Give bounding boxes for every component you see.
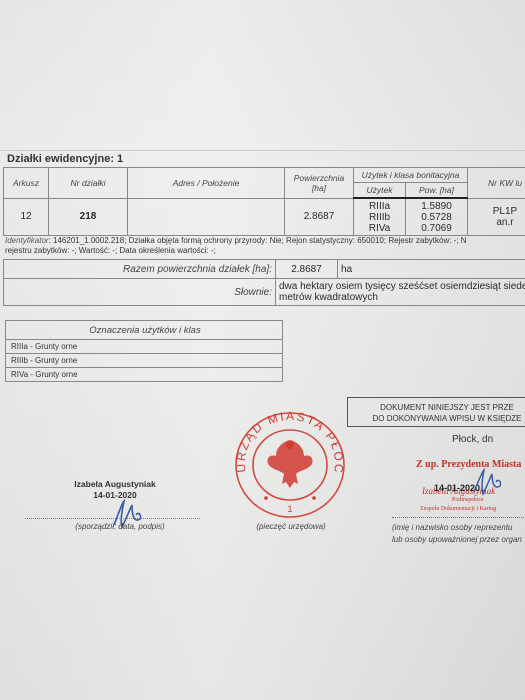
preparer-caption: (sporządził: data, podpis)	[40, 522, 200, 531]
total-area-unit: ha	[338, 260, 525, 279]
legend-title: Oznaczenia użytków i klas	[6, 321, 283, 340]
legend-item: RIIIb - Grunty orne	[6, 354, 283, 368]
header-uzytek: Użytek	[354, 183, 406, 199]
page-edge-line	[0, 150, 525, 151]
legend-table: Oznaczenia użytków i klas RIIIa - Grunty…	[5, 320, 283, 382]
legend-item: RIVa - Grunty orne	[6, 368, 283, 382]
table-row: 12 218 2.8687 RIIIa RIIIb RIVa 1.5890 0.…	[4, 198, 525, 236]
representative-caption: (imię i nazwisko osoby reprezentu lub os…	[392, 522, 522, 546]
cell-powierzchnia: 2.8687	[285, 198, 354, 236]
cell-nr-kw: PL1P an.r	[468, 198, 525, 236]
legend-item: RIIIa - Grunty orne	[6, 340, 283, 354]
notice-box: DOKUMENT NINIEJSZY JEST PRZE DO DOKONYWA…	[347, 397, 525, 427]
cell-pow: 1.5890 0.5728 0.7069	[406, 198, 468, 236]
summary-table: Razem powierzchnia działek [ha]: 2.8687 …	[3, 259, 525, 306]
header-nr-dzialki: Nr działki	[49, 168, 128, 199]
cell-arkusz: 12	[4, 198, 49, 236]
header-uzytek-group: Użytek i klasa bonitacyjna	[354, 168, 468, 183]
cell-adres	[128, 198, 285, 236]
official-stamp-icon: URZĄD MIASTA PŁOCK 1	[232, 410, 348, 520]
words-label: Słownie:	[4, 279, 276, 306]
total-area-value: 2.8687	[276, 260, 338, 279]
header-adres: Adres / Położenie	[128, 168, 285, 199]
header-arkusz: Arkusz	[4, 168, 49, 199]
representative-unit: Zespołu Dokumentacji i Kartog	[420, 506, 496, 512]
section-title: Działki ewidencyjne: 1	[7, 153, 123, 165]
representative-signature-icon	[470, 466, 506, 498]
representative-line	[392, 517, 525, 518]
header-pow-ha: Pow. [ha]	[406, 183, 468, 199]
total-area-label: Razem powierzchnia działek [ha]:	[4, 260, 276, 279]
cell-nr-dzialki: 218	[49, 198, 128, 236]
seal-caption: (pieczęć urzędowa)	[236, 522, 346, 531]
stamp-number: 1	[287, 504, 292, 514]
signature-line	[25, 518, 200, 519]
words-value: dwa hektary osiem tysięcy sześćset osiem…	[276, 279, 525, 306]
identifier-text: Identyfikator: 146201_1.0002.218; Działk…	[5, 236, 525, 256]
parcels-table: Arkusz Nr działki Adres / Położenie Powi…	[3, 167, 525, 236]
header-powierzchnia: Powierzchnia [ha]	[285, 168, 354, 199]
cell-uzytki: RIIIa RIIIb RIVa	[354, 198, 406, 236]
preparer-name: Izabela Augustyniak	[55, 479, 175, 490]
place-date: Płock, dn	[452, 434, 493, 445]
header-nr-kw: Nr KW lu	[468, 168, 525, 199]
